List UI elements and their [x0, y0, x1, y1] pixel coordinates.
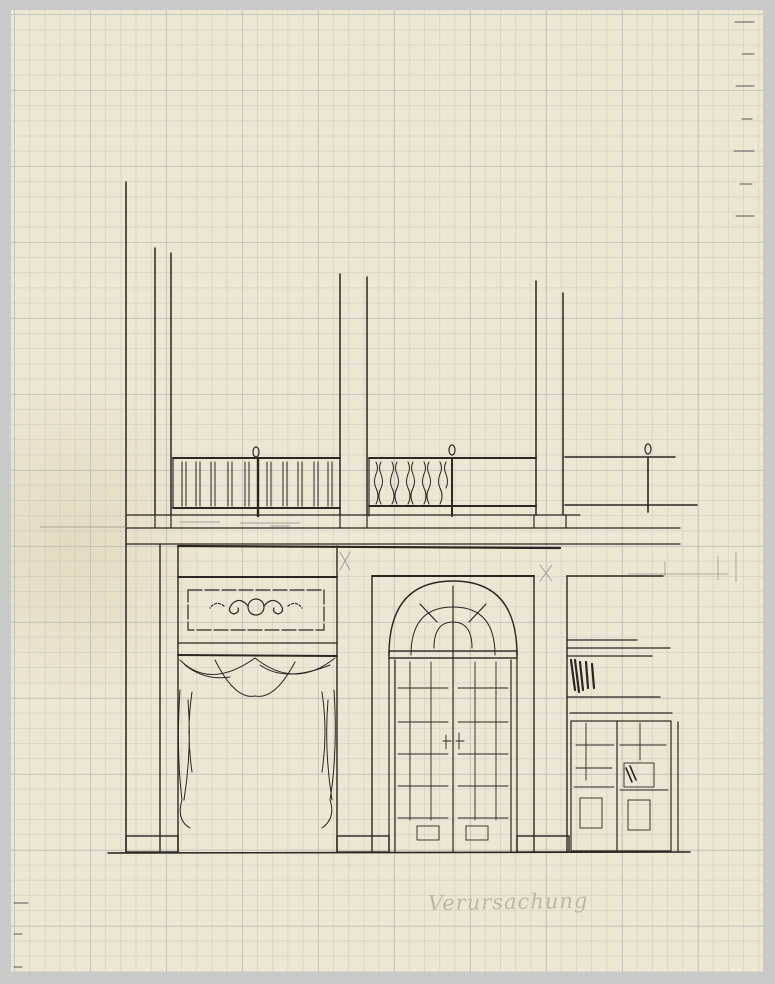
left-bay-curtain	[178, 658, 335, 828]
right-bay-cabinet	[567, 576, 678, 851]
balustrade-left	[173, 447, 340, 516]
balustrade-center	[369, 445, 536, 516]
handwritten-annotation: Verursachung	[428, 889, 589, 916]
left-bay-frieze	[178, 577, 337, 656]
posts	[126, 182, 563, 852]
pencil-marks	[40, 527, 736, 582]
margin-ticks	[14, 22, 754, 967]
balustrade-right	[565, 444, 697, 512]
center-bay-arched-door	[372, 576, 534, 852]
ground-line	[108, 852, 690, 853]
architectural-drawing	[0, 0, 775, 984]
floor-beam	[126, 515, 680, 548]
